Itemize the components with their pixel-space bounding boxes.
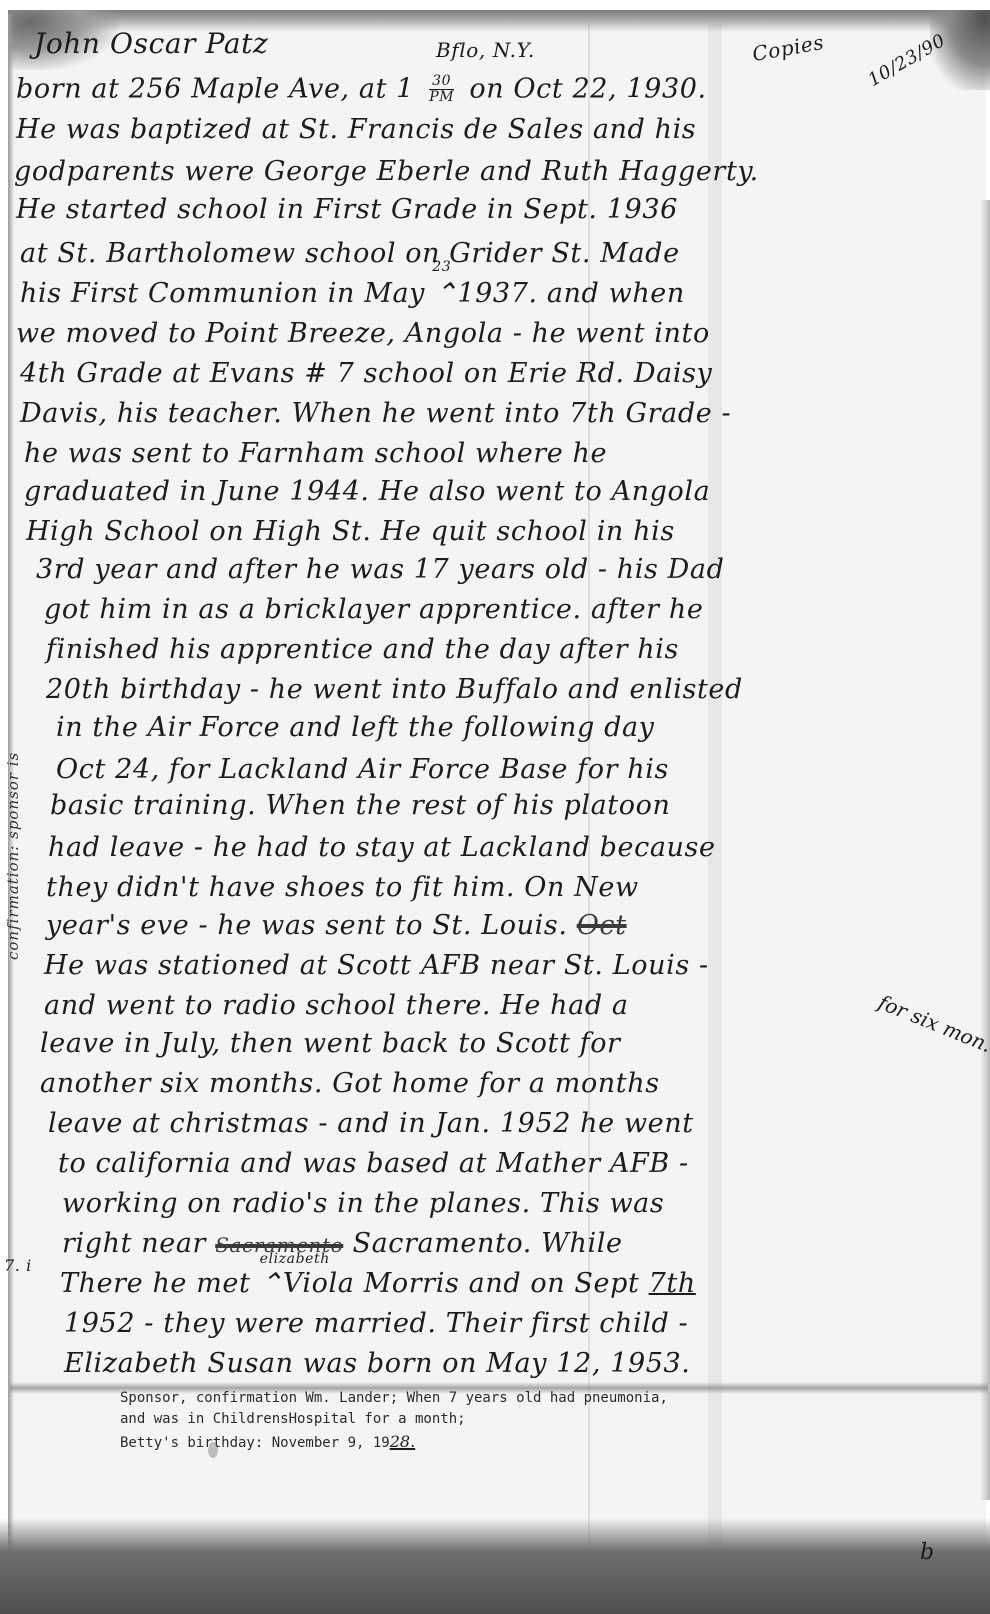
text-line-3: godparents were George Eberle and Ruth H… [14,158,759,185]
text-line-32: 1952 - they were married. Their first ch… [64,1310,688,1337]
scan-shadow-bottom [0,1518,990,1614]
text-line-6: his First Communion in May 23⌃ 1937. and… [20,280,685,307]
text-line-8: 4th Grade at Evans # 7 school on Erie Rd… [20,360,712,387]
text-line-25: leave in July, then went back to Scott f… [40,1030,621,1057]
text-line-18: Oct 24, for Lackland Air Force Base for … [56,756,669,783]
line-6-text-before: his First Communion in May [20,278,425,309]
line-31-text-before: There he met [60,1268,250,1299]
text-line-13: 3rd year and after he was 17 years old -… [36,556,725,583]
line-31-text-middle: Viola Morris and on Sept [283,1268,640,1299]
inserted-day: 23 [432,260,451,274]
text-line-24: and went to radio school there. He had a [44,992,629,1019]
header-location: Bflo, N.Y. [436,38,535,62]
underlined-day: 7th [649,1268,696,1299]
text-line-1: born at 256 Maple Ave, at 1 30 PM on Oct… [16,74,707,106]
insert-caret: elizabeth⌃ [260,1270,274,1297]
handwritten-year: 28. [390,1432,415,1451]
line-30-text-before: right near [62,1228,206,1259]
text-line-9: Davis, his teacher. When he went into 7t… [20,400,731,427]
text-line-15: finished his apprentice and the day afte… [46,636,679,663]
text-line-19: basic training. When the rest of his pla… [50,792,670,819]
line-22-text-before: year's eve - he was sent to St. Louis. [46,910,568,941]
text-line-5: at St. Bartholomew school on Grider St. … [20,240,680,267]
line-6-text-after: 1937. and when [457,278,685,309]
text-line-23: He was stationed at Scott AFB near St. L… [44,952,709,979]
text-line-12: High School on High St. He quit school i… [26,518,675,545]
margin-note-vertical: confirmation: sponsor is [4,752,22,960]
text-line-10: he was sent to Farnham school where he [24,440,607,467]
typed-birthday-prefix: Betty's birthday: November 9, 19 [120,1435,390,1451]
margin-marks: 7. i [4,1252,32,1279]
inserted-name: elizabeth [260,1252,330,1266]
typed-note-line-2: and was in ChildrensHospital for a month… [120,1411,466,1427]
scan-shadow-right [980,200,990,1500]
text-line-7: we moved to Point Breeze, Angola - he we… [16,320,710,347]
time-fraction: 30 PM [429,74,454,106]
corner-mark: b [920,1540,935,1565]
struck-word: Oct [577,910,627,941]
text-line-22: year's eve - he was sent to St. Louis. O… [46,912,627,939]
time-minutes: 30 [429,74,454,90]
text-line-17: in the Air Force and left the following … [56,714,655,741]
text-line-27: leave at christmas - and in Jan. 1952 he… [48,1110,694,1137]
text-line-31: There he met elizabeth⌃ Viola Morris and… [60,1270,696,1297]
line-1-text: born at 256 Maple Ave, at 1 [16,73,414,104]
time-ampm: PM [429,90,454,105]
text-line-30: right near Sacramento Sacramento. While [62,1230,623,1257]
line-1-text-after: on Oct 22, 1930. [469,73,706,104]
text-line-26: another six months. Got home for a month… [40,1070,660,1097]
text-line-11: graduated in June 1944. He also went to … [24,478,710,505]
typed-note-line-3: Betty's birthday: November 9, 1928. [120,1432,415,1451]
typed-note-line-1: Sponsor, confirmation Wm. Lander; When 7… [120,1390,668,1406]
text-line-28: to california and was based at Mather AF… [58,1150,689,1177]
text-line-4: He started school in First Grade in Sept… [16,196,678,223]
text-line-21: they didn't have shoes to fit him. On Ne… [46,874,639,901]
text-line-16: 20th birthday - he went into Buffalo and… [46,676,743,703]
text-line-2: He was baptized at St. Francis de Sales … [16,116,696,143]
text-line-33: Elizabeth Susan was born on May 12, 1953… [64,1350,690,1377]
insert-caret: 23⌃ [434,280,448,307]
line-30-text-after: Sacramento. While [352,1228,622,1259]
header-name: John Oscar Patz [34,30,268,58]
text-line-20: had leave - he had to stay at Lackland b… [48,834,716,861]
text-line-14: got him in as a bricklayer apprentice. a… [44,596,703,623]
text-line-29: working on radio's in the planes. This w… [62,1190,664,1217]
